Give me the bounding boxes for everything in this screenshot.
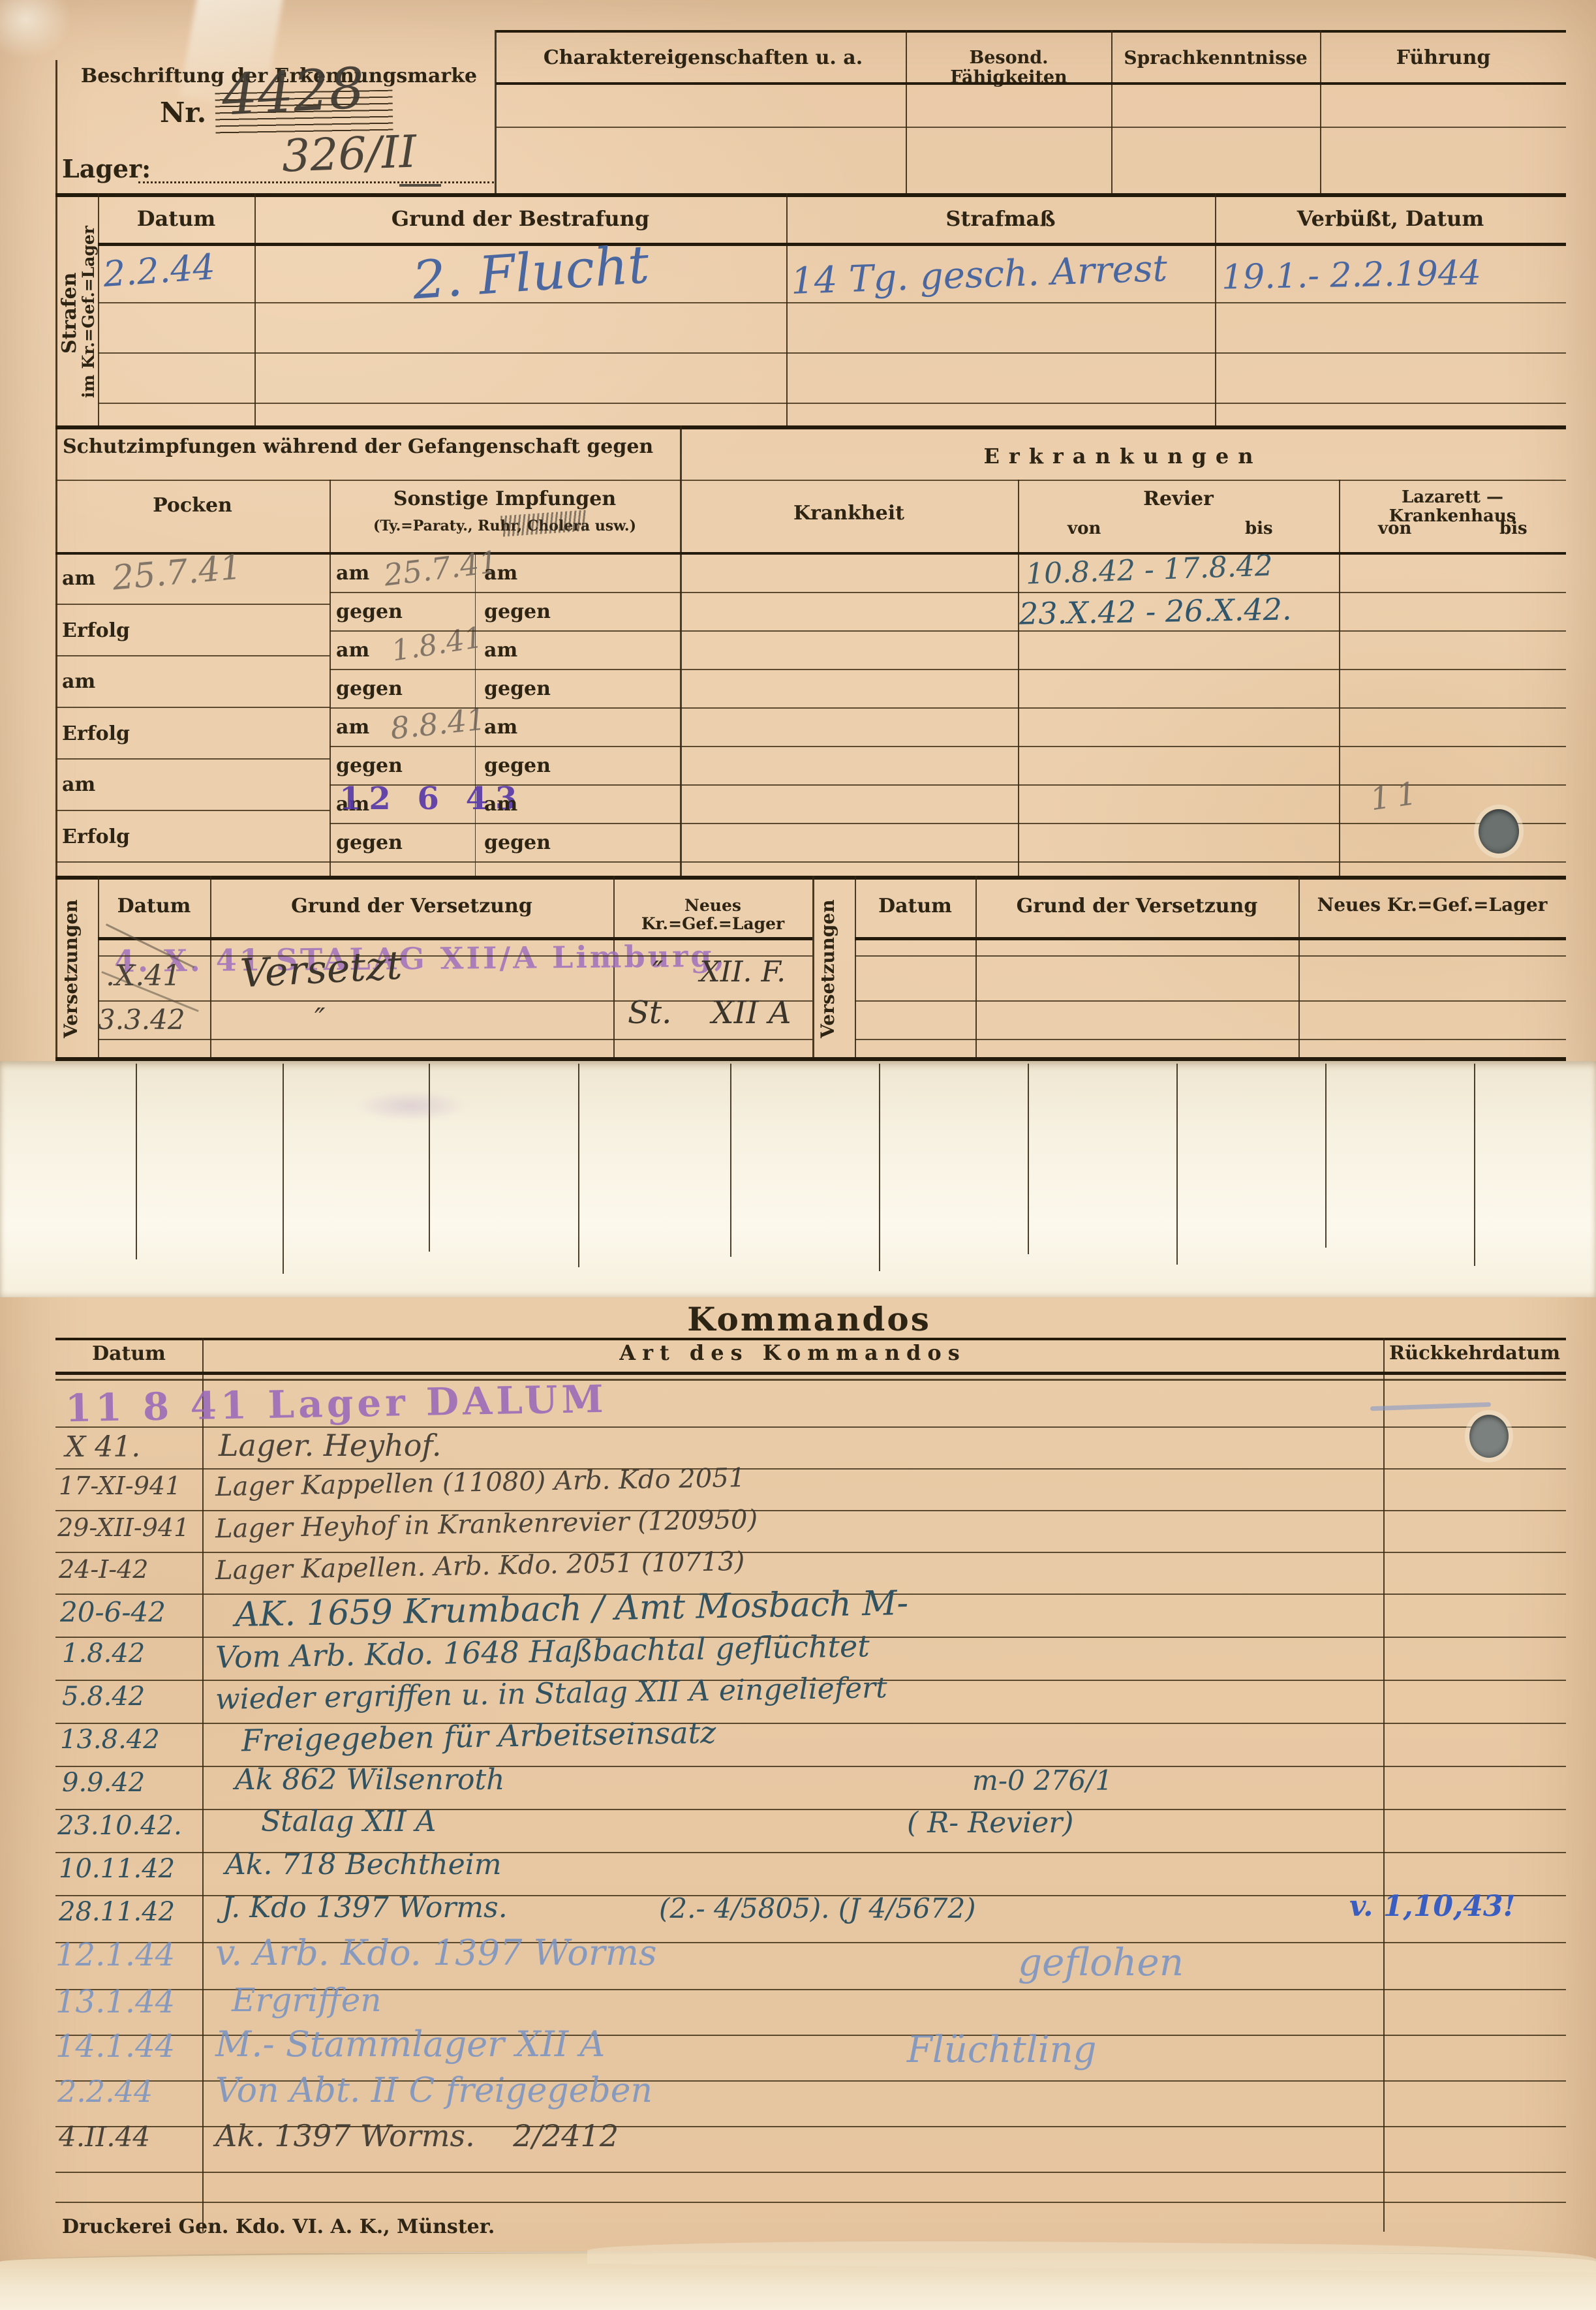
rule	[98, 302, 1566, 303]
rule	[55, 604, 330, 605]
impfungen-col-sonstige: Sonstige Impfungen	[330, 488, 680, 510]
rule	[55, 2202, 1566, 2203]
impfungen-col-pocken: Pocken	[55, 495, 330, 516]
rule	[55, 810, 330, 811]
punch-hole	[1479, 809, 1519, 854]
sonstige-b-label: am	[484, 716, 517, 738]
kommando-art: Lager. Heyhof.	[219, 1430, 441, 1460]
rule	[98, 352, 1566, 354]
erkrankungen-lazarett-bis: bis	[1499, 519, 1527, 538]
versetzung-grund: Versetzt	[239, 946, 403, 994]
versetzungen-col-datum-r: Datum	[855, 895, 975, 917]
sonstige-a-label: am	[336, 639, 369, 661]
sonstige-b-label: gegen	[484, 832, 551, 854]
sonstige-a-label: am	[336, 562, 369, 584]
strafen-side-label-2: im Kr.=Gef.=Lager	[80, 201, 98, 423]
erkrankungen-lazarett-von: von	[1378, 519, 1411, 538]
rule	[855, 1000, 1566, 1002]
versetzung-neues: St. XII A	[628, 997, 791, 1028]
revier-entry: 23.X.42 - 26.X.42.	[1019, 594, 1292, 628]
rule	[1383, 1338, 1385, 2232]
rule	[330, 746, 680, 747]
strafen-entry-verbuesst: 19.1.- 2.2.1944	[1221, 256, 1482, 295]
kommando-datum: 20-6-42	[60, 1599, 166, 1626]
rule	[495, 30, 497, 194]
rule	[98, 243, 1566, 246]
rule	[330, 669, 680, 670]
rule	[680, 669, 1566, 670]
versetzung-grund: ″	[315, 1005, 325, 1034]
rule	[578, 1064, 579, 1267]
versetzung-neues: ″ XII. F.	[652, 958, 786, 987]
kommando-datum: 2.2.44	[57, 2076, 153, 2106]
col-charaktereigenschaften: Charaktereigenschaften u. a.	[502, 47, 904, 69]
strafen-col-strafmass: Strafmaß	[786, 208, 1215, 230]
rule	[330, 707, 680, 709]
erkrankungen-revier-von: von	[1067, 519, 1101, 538]
strafen-entry-strafmass: 14 Tg. gesch. Arrest	[790, 251, 1168, 300]
rule	[1325, 1064, 1327, 1248]
sonstige-a-label: gegen	[336, 755, 403, 777]
rule	[812, 876, 814, 1058]
erkrankungen-revier-bis: bis	[1245, 519, 1273, 538]
rule	[55, 1552, 1566, 1553]
pocken-row-label: Erfolg	[62, 826, 130, 848]
versetzung-datum: 3.3.42	[98, 1006, 185, 1034]
rule	[330, 630, 680, 632]
kommando-rueckkehr: v. 1,10,43!	[1349, 1892, 1516, 1921]
pencil-marks: 11	[1368, 777, 1425, 816]
rule	[55, 1372, 1566, 1375]
kommando-art: M.- Stammlager XII A	[215, 2027, 605, 2062]
pocken-row-label: Erfolg	[62, 620, 130, 641]
kommando-note: Flüchtling	[907, 2032, 1097, 2069]
sonstige-a-label: gegen	[336, 678, 403, 700]
fold-band	[0, 1061, 1596, 1297]
rule	[1028, 1064, 1029, 1254]
rule	[55, 60, 57, 1060]
versetzungen-col-grund-r: Grund der Versetzung	[975, 895, 1298, 917]
versetzungen-col-neues-l: Neues Kr.=Gef.=Lager	[613, 897, 812, 932]
rule	[55, 707, 330, 708]
kommandos-col-rueckkehr: Rückkehrdatum	[1383, 1343, 1566, 1364]
strafen-side-label-1: Strafen	[59, 215, 80, 411]
kommando-art: Stalag XII A	[261, 1808, 436, 1836]
kommando-note: m-0 276/1	[972, 1767, 1113, 1794]
rule	[55, 1510, 1566, 1511]
rule	[330, 480, 331, 877]
kommando-art: Von Abt. II C freigegeben	[215, 2074, 652, 2108]
sonstige-b-label: gegen	[484, 755, 551, 777]
versetzungen-side-label-right: Versetzungen	[818, 882, 838, 1056]
kommando-art: Freigegeben für Arbeitseinsatz	[241, 1717, 716, 1756]
strafen-col-datum: Datum	[98, 208, 254, 230]
kommandos-title: Kommandos	[639, 1301, 979, 1337]
kommando-art: Lager Kapellen. Arb. Kdo. 2051 (10713)	[215, 1548, 745, 1584]
pocken-row-value: 25.7.41	[111, 550, 243, 595]
rule	[55, 758, 330, 760]
kommando-datum: 17-XI-941	[59, 1473, 181, 1498]
rule	[680, 707, 1566, 709]
kommando-datum: 29-XII-941	[57, 1515, 189, 1540]
kommando-datum: 13.8.42	[60, 1727, 160, 1753]
sonstige-a-label: gegen	[336, 832, 403, 854]
rule	[680, 823, 1566, 824]
rule	[55, 861, 330, 863]
rule	[1018, 480, 1019, 877]
erkrankungen-col-revier: Revier	[1018, 488, 1339, 510]
rule	[98, 1039, 812, 1040]
kommando-datum: 4.II.44	[59, 2123, 150, 2151]
rule	[496, 127, 1566, 128]
rule	[680, 592, 1566, 593]
rule	[55, 2172, 1566, 2173]
kommando-datum: 12.1.44	[55, 1939, 175, 1971]
kommando-art: Lager Kappellen (11080) Arb. Kdo 2051	[215, 1465, 746, 1500]
rule	[55, 425, 1566, 429]
sonstige-a-label: am	[336, 716, 369, 738]
erkrankungen-title: Erkrankungen	[680, 445, 1566, 468]
rule	[136, 1064, 137, 1259]
sonstige-a-value: 8.8.41	[389, 703, 487, 743]
rule	[55, 193, 1566, 197]
sonstige-b-label: gegen	[484, 678, 551, 700]
col-sprachkenntnisse: Sprachkenntnisse	[1114, 48, 1317, 69]
kommando-datum: 5.8.42	[62, 1684, 145, 1710]
versetzungen-side-label-left: Versetzungen	[61, 882, 82, 1056]
sonstige-b-label: am	[484, 562, 517, 584]
sonstige-b-label: am	[484, 793, 517, 815]
col-fuehrung: Führung	[1323, 47, 1564, 69]
rule	[1320, 30, 1321, 194]
rule	[496, 82, 1566, 85]
printer-imprint: Druckerei Gen. Kdo. VI. A. K., Münster.	[62, 2216, 495, 2238]
kommando-art: AK. 1659 Krumbach / Amt Mosbach M-	[235, 1586, 909, 1632]
strafen-entry-grund: 2. Flucht	[411, 238, 651, 307]
kommando-datum: 9.9.42	[62, 1770, 145, 1796]
kommando-datum: 24-I-42	[59, 1557, 148, 1582]
kommando-art: Ak. 1397 Worms. 2/2412	[215, 2121, 619, 2151]
rule	[55, 655, 330, 656]
lager-dalum-stamp: 11 8 41 Lager DALUM	[65, 1380, 608, 1427]
rule	[202, 1338, 204, 2232]
rule	[55, 1468, 1566, 1470]
rule	[330, 592, 680, 593]
kommando-datum: 13.1.44	[55, 1986, 175, 2018]
rule	[855, 955, 1566, 957]
rule	[680, 861, 1566, 863]
rule	[855, 1039, 1566, 1040]
kommando-note: geflohen	[1018, 1943, 1184, 1981]
rule	[330, 861, 680, 863]
rule	[283, 1064, 284, 1274]
kommando-datum: 28.11.42	[59, 1899, 175, 1925]
sonstige-b-label: gegen	[484, 601, 551, 623]
versetzungen-col-grund-l: Grund der Versetzung	[210, 895, 613, 917]
rule	[906, 30, 907, 194]
rule	[1474, 1064, 1475, 1266]
kommando-datum: 23.10.42.	[57, 1813, 182, 1839]
strafen-col-verbuesst: Verbüßt, Datum	[1215, 208, 1566, 230]
pocken-row-label: Erfolg	[62, 723, 130, 745]
sonstige-a-label: gegen	[336, 601, 403, 623]
strafen-entry-datum: 2.2.44	[102, 249, 216, 292]
rule	[55, 876, 1566, 880]
pocken-row-label: am	[62, 671, 95, 692]
rule	[1176, 1064, 1178, 1265]
pow-record-card: Beschriftung der Erkennungsmarke Nr. 442…	[0, 0, 1596, 2310]
versetzung-datum: .X.41	[106, 962, 181, 991]
pocken-row-label: am	[62, 774, 95, 795]
rule	[680, 746, 1566, 747]
rule	[496, 30, 1566, 33]
kommando-art: v. Arb. Kdo. 1397 Worms	[215, 1935, 657, 1971]
kommando-datum: X 41.	[65, 1433, 140, 1462]
kommandos-col-datum: Datum	[55, 1343, 202, 1364]
idmark-nr-label: Nr.	[160, 98, 206, 128]
kommando-datum: 14.1.44	[55, 2031, 175, 2062]
kommando-note: ( R- Revier)	[907, 1809, 1073, 1838]
kommando-art: Ak 862 Wilsenroth	[235, 1766, 505, 1794]
kommando-note: (2.- 4/5805). (J 4/5672)	[659, 1895, 976, 1922]
sonstige-b-label: am	[484, 639, 517, 661]
kommando-art: Lager Heyhof in Krankenrevier (120950)	[215, 1507, 758, 1543]
idmark-nr-value: 4428	[221, 60, 366, 123]
ink-smudge	[356, 1091, 467, 1121]
rule	[330, 784, 680, 786]
rule	[879, 1064, 880, 1271]
kommandos-col-art: Art des Kommandos	[202, 1342, 1383, 1364]
rule	[680, 784, 1566, 786]
versetzungen-col-neues-r: Neues Kr.=Gef.=Lager	[1298, 895, 1566, 916]
punch-hole	[1469, 1415, 1509, 1458]
kommando-art: Ak. 718 Bechtheim	[225, 1851, 502, 1879]
erkrankungen-col-krankheit: Krankheit	[680, 502, 1018, 524]
rule	[855, 937, 1566, 940]
rule	[330, 823, 680, 824]
impfungen-title: Schutzimpfungen während der Gefangenscha…	[63, 436, 653, 457]
pocken-row-label: am	[62, 568, 95, 589]
col-besond-faehigkeiten: Besond. Fähigkeiten	[908, 48, 1109, 87]
erkrankungen-col-lazarett: Lazarett — Krankenhaus	[1339, 488, 1566, 525]
kommando-art: Ergriffen	[232, 1984, 382, 2016]
corner-light	[0, 0, 72, 59]
stalag-stamp: 4. X. 41 STALAG XII/A Limburg,	[114, 941, 728, 976]
rule	[1111, 30, 1113, 194]
lager-label: Lager:	[62, 155, 151, 183]
blue-pencil-dash	[1370, 1402, 1491, 1411]
strafen-col-grund: Grund der Bestrafung	[254, 208, 786, 230]
lager-value: 326/II	[281, 130, 418, 179]
kommando-art: J. Kdo 1397 Worms.	[222, 1894, 508, 1922]
rule	[55, 1379, 1566, 1381]
kommando-datum: 10.11.42	[59, 1856, 175, 1882]
revier-entry: 10.8.42 - 17.8.42	[1025, 551, 1273, 589]
rule	[730, 1064, 731, 1257]
rule	[680, 630, 1566, 632]
versetzungen-col-datum-l: Datum	[98, 895, 210, 917]
rule	[55, 552, 1566, 555]
rule	[98, 403, 1566, 404]
kommando-datum: 1.8.42	[62, 1640, 145, 1667]
lager-value-underline	[399, 184, 441, 187]
rule	[1339, 480, 1340, 877]
rule	[680, 425, 682, 877]
